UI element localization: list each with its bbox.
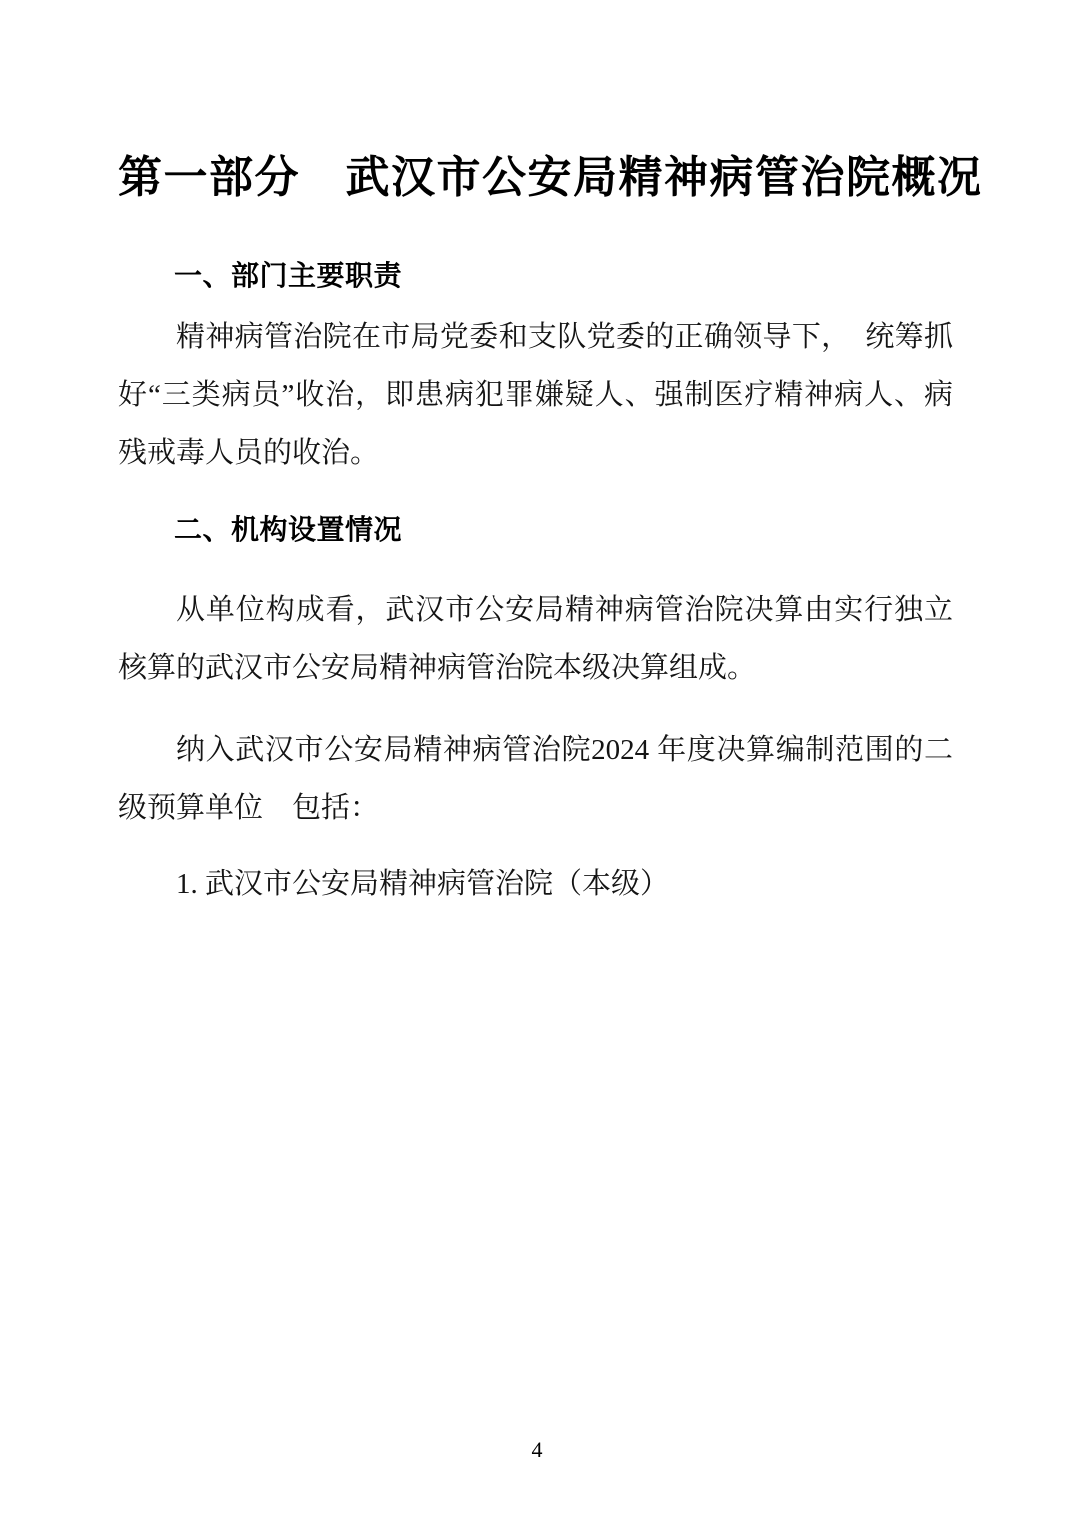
section-heading-duties: 一、部门主要职责 — [118, 256, 953, 296]
page-number: 4 — [0, 1436, 1074, 1464]
paragraph-structure-composition: 从单位构成看，武汉市公安局精神病管治院决算由实行独立核算的武汉市公安局精神病管治… — [118, 581, 953, 697]
list-item-unit-1: 1. 武汉市公安局精神病管治院（本级） — [118, 855, 953, 913]
paragraph-duties: 精神病管治院在市局党委和支队党委的正确领导下， 统筹抓好“三类病员”收治，即患病… — [118, 308, 953, 482]
document-page: 第一部分 武汉市公安局精神病管治院概况 一、部门主要职责 精神病管治院在市局党委… — [0, 0, 1074, 1520]
page-title: 第一部分 武汉市公安局精神病管治院概况 — [118, 148, 953, 208]
paragraph-budget-units: 纳入武汉市公安局精神病管治院2024 年度决算编制范围的二级预算单位 包括： — [118, 721, 953, 837]
section-heading-structure: 二、机构设置情况 — [118, 510, 953, 550]
